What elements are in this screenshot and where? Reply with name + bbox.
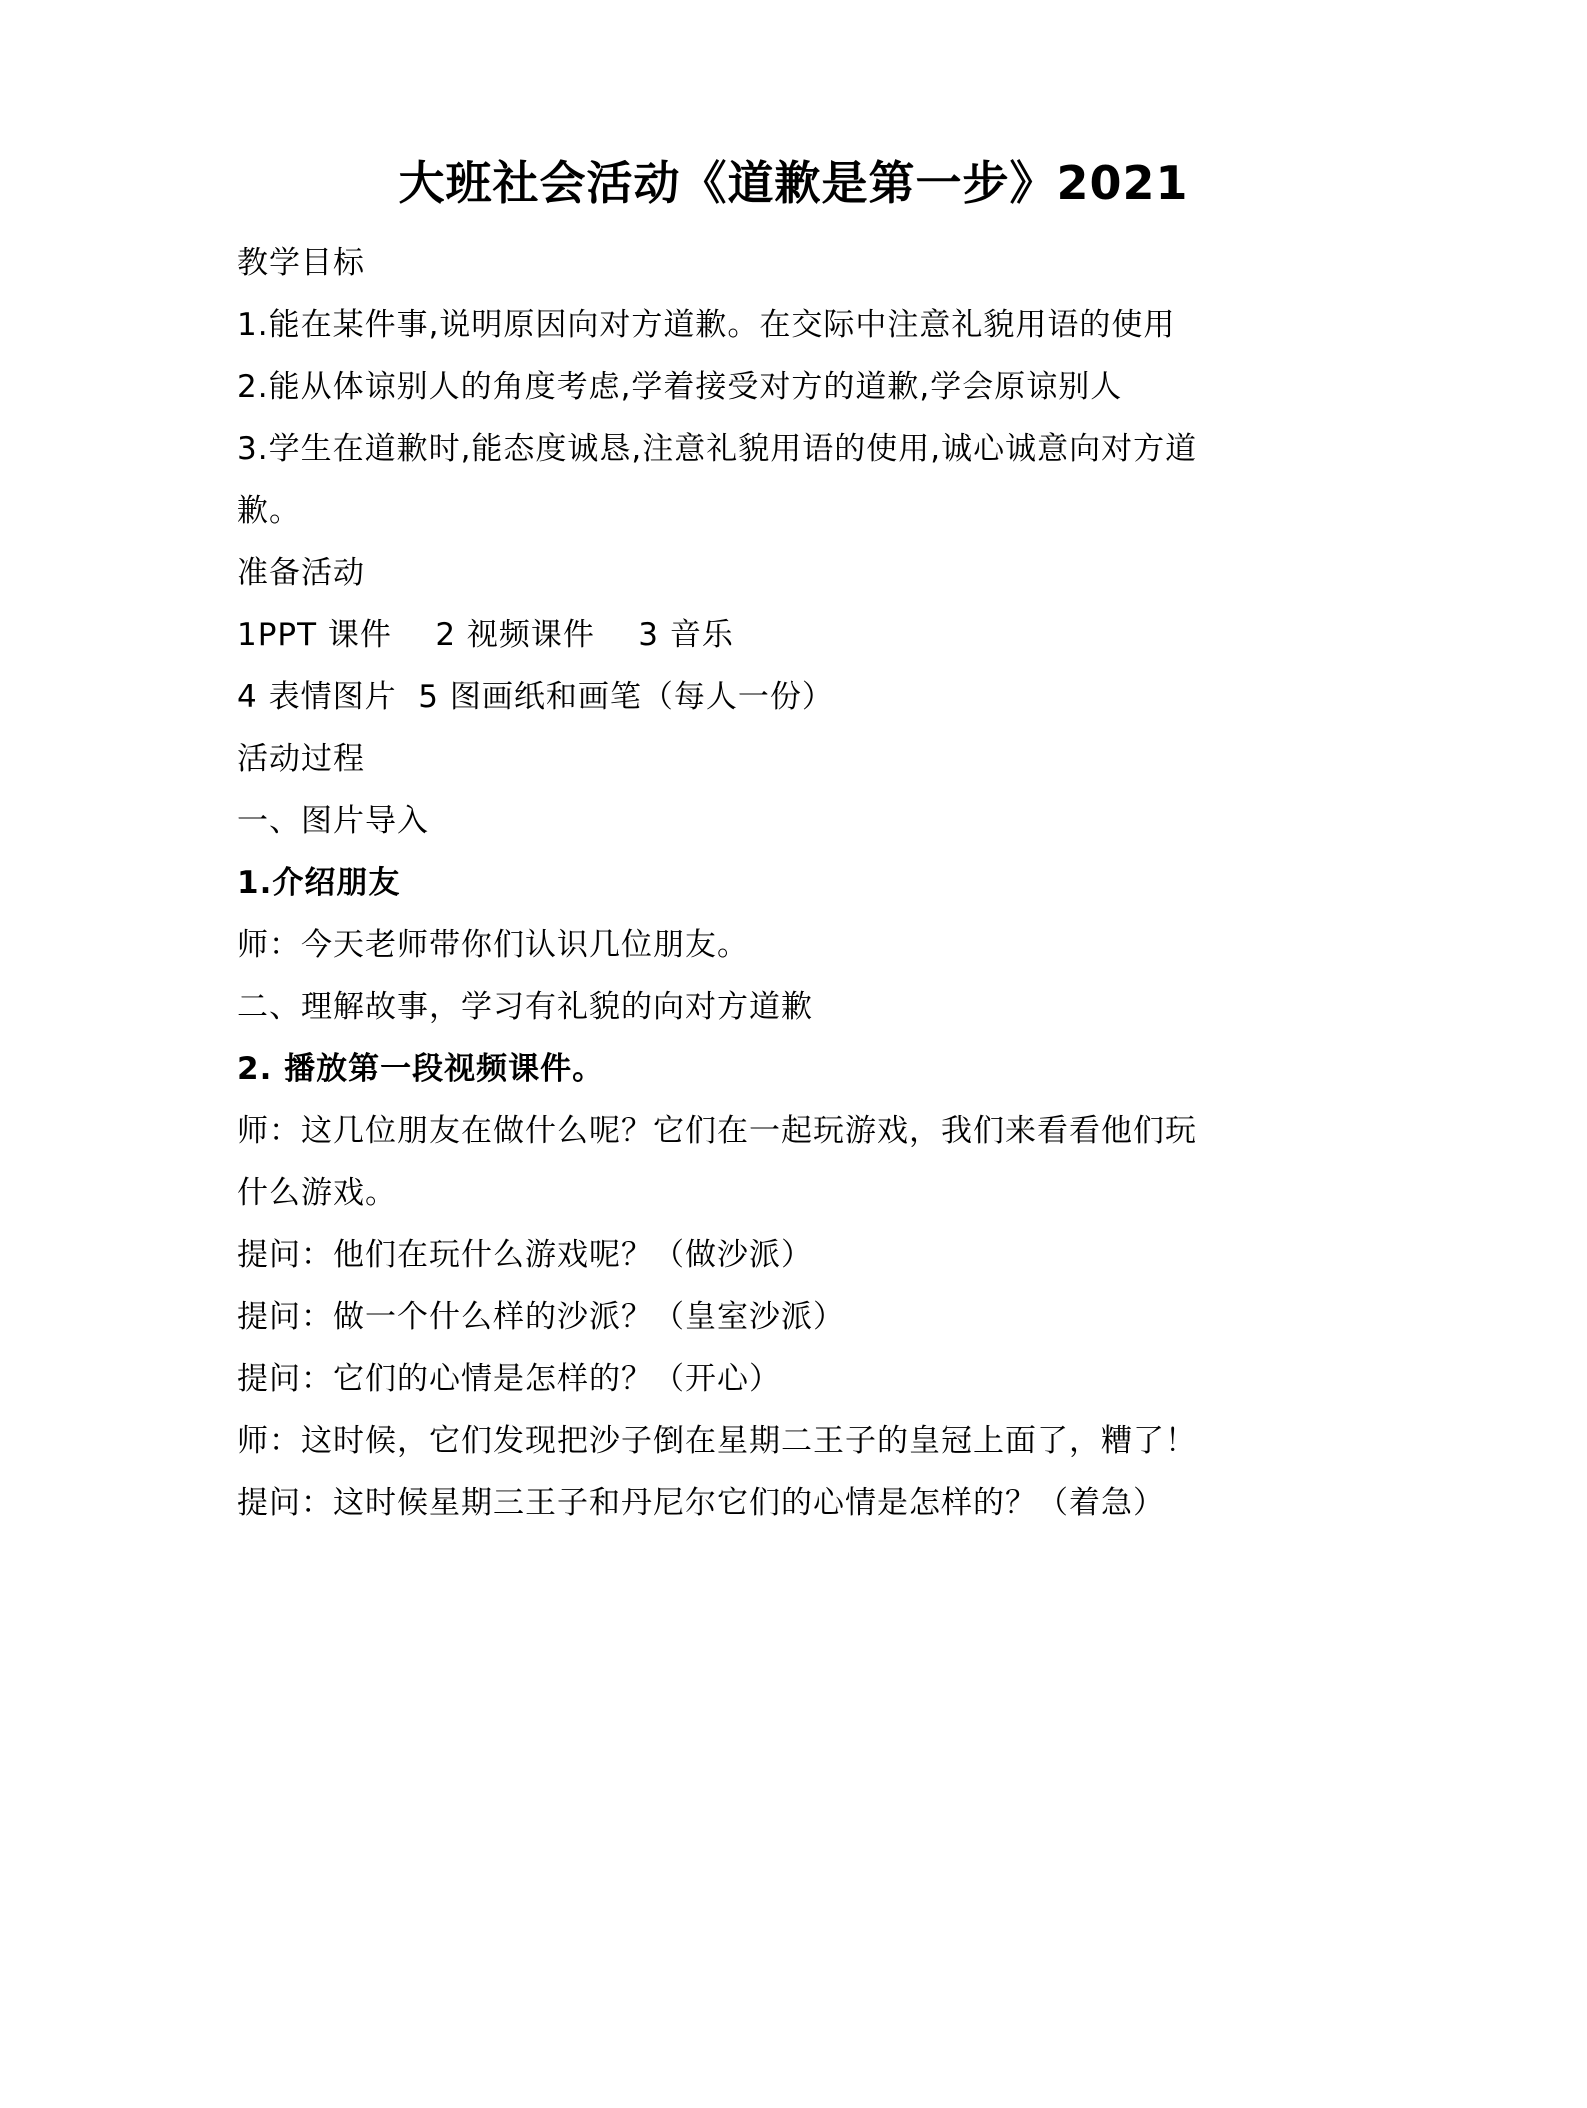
- objective-item-1: 1.能在某件事,说明原因向对方道歉。在交际中注意礼貌用语的使用: [237, 303, 1357, 347]
- section-heading-process: 活动过程: [237, 737, 1357, 781]
- document-page: 大班社会活动《道歉是第一步》2021 教学目标 1.能在某件事,说明原因向对方道…: [0, 0, 1587, 2108]
- preparation-item-2: 4 表情图片 5 图画纸和画笔（每人一份）: [237, 675, 1357, 719]
- preparation-item-1: 1PPT 课件 2 视频课件 3 音乐: [237, 613, 1357, 657]
- question-line-3: 提问：它们的心情是怎样的？（开心）: [237, 1357, 1357, 1401]
- teacher-line-1: 师：今天老师带你们认识几位朋友。: [237, 923, 1357, 967]
- part2-heading: 二、理解故事，学习有礼貌的向对方道歉: [237, 985, 1357, 1029]
- document-title: 大班社会活动《道歉是第一步》2021: [0, 150, 1587, 216]
- objective-item-3: 3.学生在道歉时,能态度诚恳,注意礼貌用语的使用,诚心诚意向对方道: [237, 427, 1357, 471]
- dialogue-line-1: 师：这几位朋友在做什么呢？它们在一起玩游戏，我们来看看他们玩: [237, 1109, 1357, 1153]
- question-line-4: 提问：这时候星期三王子和丹尼尔它们的心情是怎样的？（着急）: [237, 1481, 1357, 1525]
- section-heading-objectives: 教学目标: [237, 241, 1357, 285]
- objective-item-3-continued: 歉。: [237, 489, 1357, 533]
- step1-heading: 1.介绍朋友: [237, 861, 1357, 905]
- question-line-1: 提问：他们在玩什么游戏呢？（做沙派）: [237, 1233, 1357, 1277]
- step2-heading: 2. 播放第一段视频课件。: [237, 1047, 1357, 1091]
- section-heading-preparation: 准备活动: [237, 551, 1357, 595]
- teacher-line-2: 师：这时候，它们发现把沙子倒在星期二王子的皇冠上面了，糟了！: [237, 1419, 1357, 1463]
- part1-heading: 一、图片导入: [237, 799, 1357, 843]
- question-line-2: 提问：做一个什么样的沙派？（皇室沙派）: [237, 1295, 1357, 1339]
- dialogue-line-2: 什么游戏。: [237, 1171, 1357, 1215]
- objective-item-2: 2.能从体谅别人的角度考虑,学着接受对方的道歉,学会原谅别人: [237, 365, 1357, 409]
